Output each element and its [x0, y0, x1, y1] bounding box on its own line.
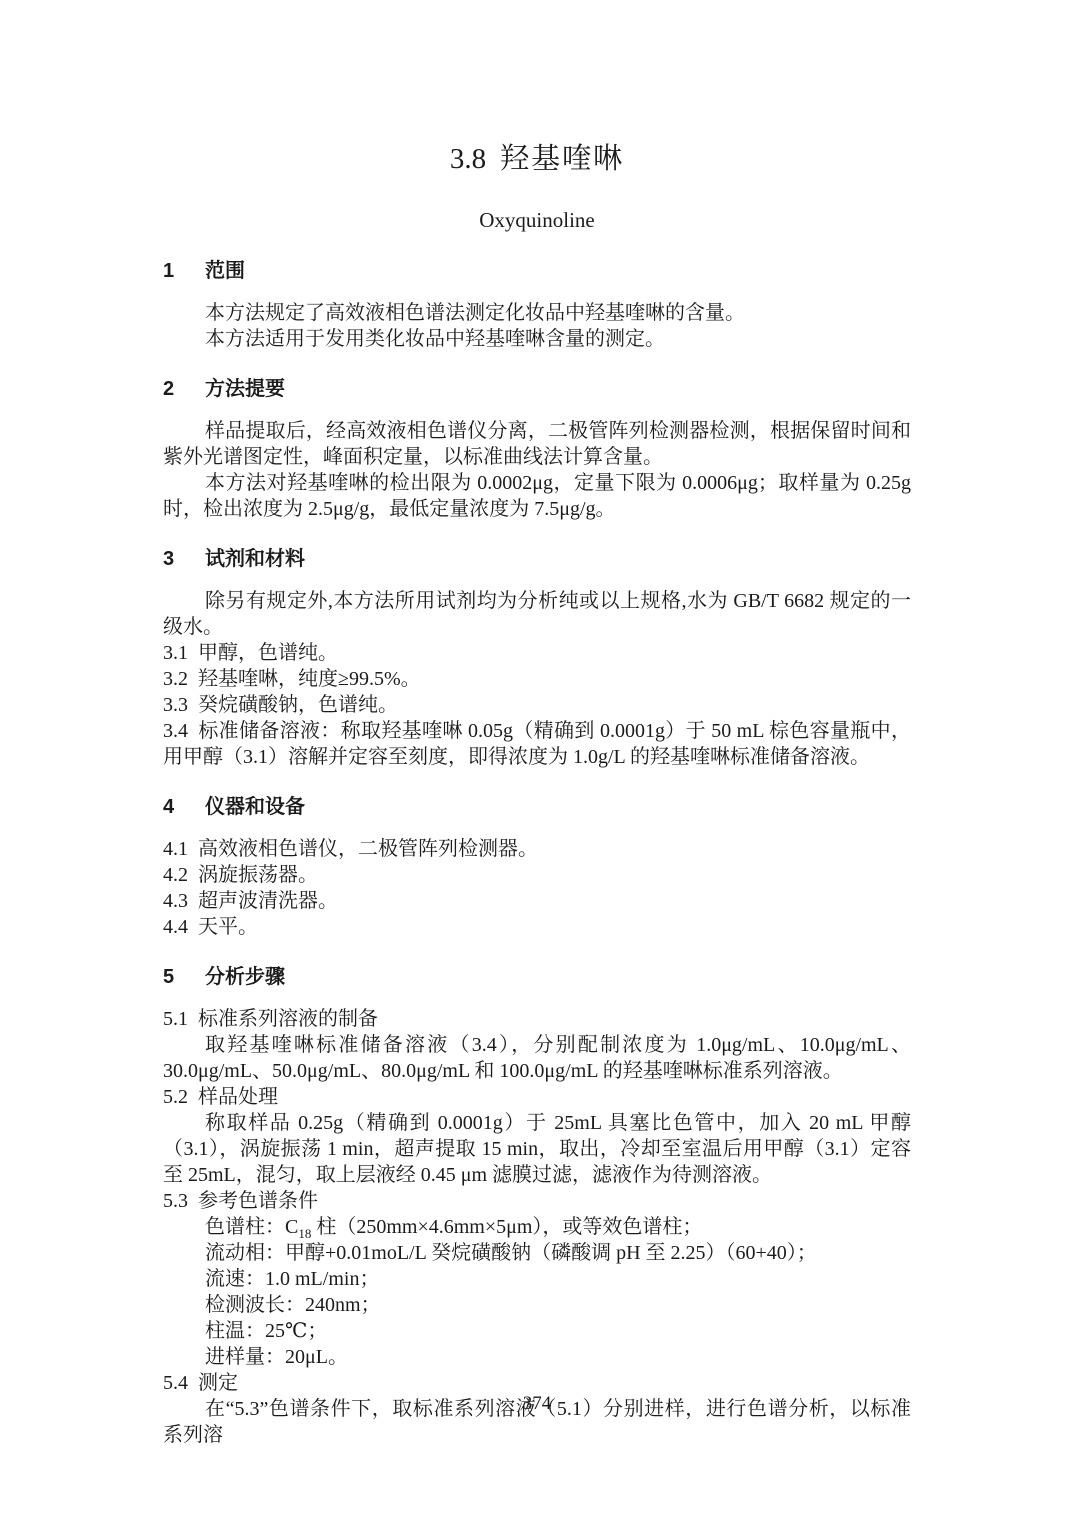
subsection-number: 5.4 — [163, 1372, 188, 1394]
item-text: 标准储备溶液：称取羟基喹啉 0.05g（精确到 0.0001g）于 50 mL … — [163, 720, 911, 768]
list-item: 3.3癸烷磺酸钠，色谱纯。 — [163, 692, 911, 718]
section-title: 方法提要 — [205, 378, 285, 400]
item-number: 4.2 — [163, 864, 188, 886]
subsection-title-line: 5.1标准系列溶液的制备 — [163, 1006, 911, 1032]
item-text: 超声波清洗器。 — [198, 890, 338, 912]
document-page: 3.8羟基喹啉 Oxyquinoline 1范围 本方法规定了高效液相色谱法测定… — [0, 0, 1074, 1520]
condition-column: 色谱柱：C18 柱（250mm×4.6mm×5μm），或等效色谱柱； — [205, 1214, 911, 1240]
condition-flow-rate: 流速：1.0 mL/min； — [205, 1266, 911, 1292]
section-heading-instruments: 4仪器和设备 — [163, 794, 911, 820]
item-text: 癸烷磺酸钠，色谱纯。 — [198, 694, 398, 716]
subsection-title-line: 5.2样品处理 — [163, 1084, 911, 1110]
paragraph: 本方法规定了高效液相色谱法测定化妆品中羟基喹啉的含量。 — [163, 300, 911, 326]
paragraph: 除另有规定外,本方法所用试剂均为分析纯或以上规格,水为 GB/T 6682 规定… — [163, 588, 911, 640]
paragraph: 取羟基喹啉标准储备溶液（3.4），分别配制浓度为 1.0μg/mL、10.0μg… — [163, 1032, 911, 1084]
item-text: 高效液相色谱仪，二极管阵列检测器。 — [198, 838, 538, 860]
paragraph: 本方法对羟基喹啉的检出限为 0.0002μg，定量下限为 0.0006μg；取样… — [163, 470, 911, 522]
section-number: 2 — [163, 376, 205, 402]
section-title: 分析步骤 — [205, 966, 285, 988]
list-item: 4.2涡旋振荡器。 — [163, 862, 911, 888]
section-title: 试剂和材料 — [205, 548, 305, 570]
item-text: 甲醇，色谱纯。 — [198, 642, 338, 664]
list-item: 4.4天平。 — [163, 914, 911, 940]
subsection-title-line: 5.3参考色谱条件 — [163, 1188, 911, 1214]
subsection-number: 5.1 — [163, 1008, 188, 1030]
subsection-title: 参考色谱条件 — [198, 1190, 318, 1212]
section-number: 5 — [163, 964, 205, 990]
section-title: 仪器和设备 — [205, 796, 305, 818]
section-number: 1 — [163, 258, 205, 284]
page-title: 3.8羟基喹啉 — [163, 141, 911, 177]
list-item: 4.1高效液相色谱仪，二极管阵列检测器。 — [163, 836, 911, 862]
item-text: 羟基喹啉，纯度≥99.5%。 — [198, 668, 421, 690]
paragraph: 样品提取后，经高效液相色谱仪分离，二极管阵列检测器检测，根据保留时间和紫外光谱图… — [163, 418, 911, 470]
section-title: 范围 — [205, 260, 245, 282]
page-title-name: 羟基喹啉 — [500, 143, 624, 175]
condition-column-temp: 柱温：25℃； — [205, 1318, 911, 1344]
item-number: 3.2 — [163, 668, 188, 690]
item-number: 3.1 — [163, 642, 188, 664]
page-number: 374 — [0, 1392, 1074, 1416]
item-number: 4.3 — [163, 890, 188, 912]
list-item: 4.3超声波清洗器。 — [163, 888, 911, 914]
item-number: 4.4 — [163, 916, 188, 938]
item-text: 涡旋振荡器。 — [198, 864, 318, 886]
condition-injection-volume: 进样量：20μL。 — [205, 1344, 911, 1370]
item-number: 3.3 — [163, 694, 188, 716]
paragraph: 称取样品 0.25g（精确到 0.0001g）于 25mL 具塞比色管中，加入 … — [163, 1110, 911, 1188]
subsection-title: 样品处理 — [198, 1086, 278, 1108]
condition-mobile-phase: 流动相：甲醇+0.01moL/L 癸烷磺酸钠（磷酸调 pH 至 2.25）（60… — [205, 1240, 911, 1266]
page-title-number: 3.8 — [450, 143, 486, 175]
item-number: 3.4 — [163, 720, 188, 742]
section-number: 3 — [163, 546, 205, 572]
paragraph: 本方法适用于发用类化妆品中羟基喹啉含量的测定。 — [163, 326, 911, 352]
condition-column-post: 柱（250mm×4.6mm×5μm），或等效色谱柱； — [311, 1216, 702, 1238]
section-heading-procedure: 5分析步骤 — [163, 964, 911, 990]
list-item: 3.1甲醇，色谱纯。 — [163, 640, 911, 666]
list-item: 3.2羟基喹啉，纯度≥99.5%。 — [163, 666, 911, 692]
section-heading-reagents: 3试剂和材料 — [163, 546, 911, 572]
subsection-title: 标准系列溶液的制备 — [198, 1008, 378, 1030]
subsection-number: 5.3 — [163, 1190, 188, 1212]
item-number: 4.1 — [163, 838, 188, 860]
subsection-number: 5.2 — [163, 1086, 188, 1108]
section-heading-method-summary: 2方法提要 — [163, 376, 911, 402]
page-subtitle: Oxyquinoline — [163, 207, 911, 234]
section-heading-scope: 1范围 — [163, 258, 911, 284]
section-number: 4 — [163, 794, 205, 820]
condition-wavelength: 检测波长：240nm； — [205, 1292, 911, 1318]
list-item: 3.4标准储备溶液：称取羟基喹啉 0.05g（精确到 0.0001g）于 50 … — [163, 718, 911, 770]
subsection-title: 测定 — [198, 1372, 238, 1394]
condition-column-subscript: 18 — [298, 1226, 311, 1241]
condition-column-pre: 色谱柱：C — [205, 1216, 298, 1238]
item-text: 天平。 — [198, 916, 258, 938]
